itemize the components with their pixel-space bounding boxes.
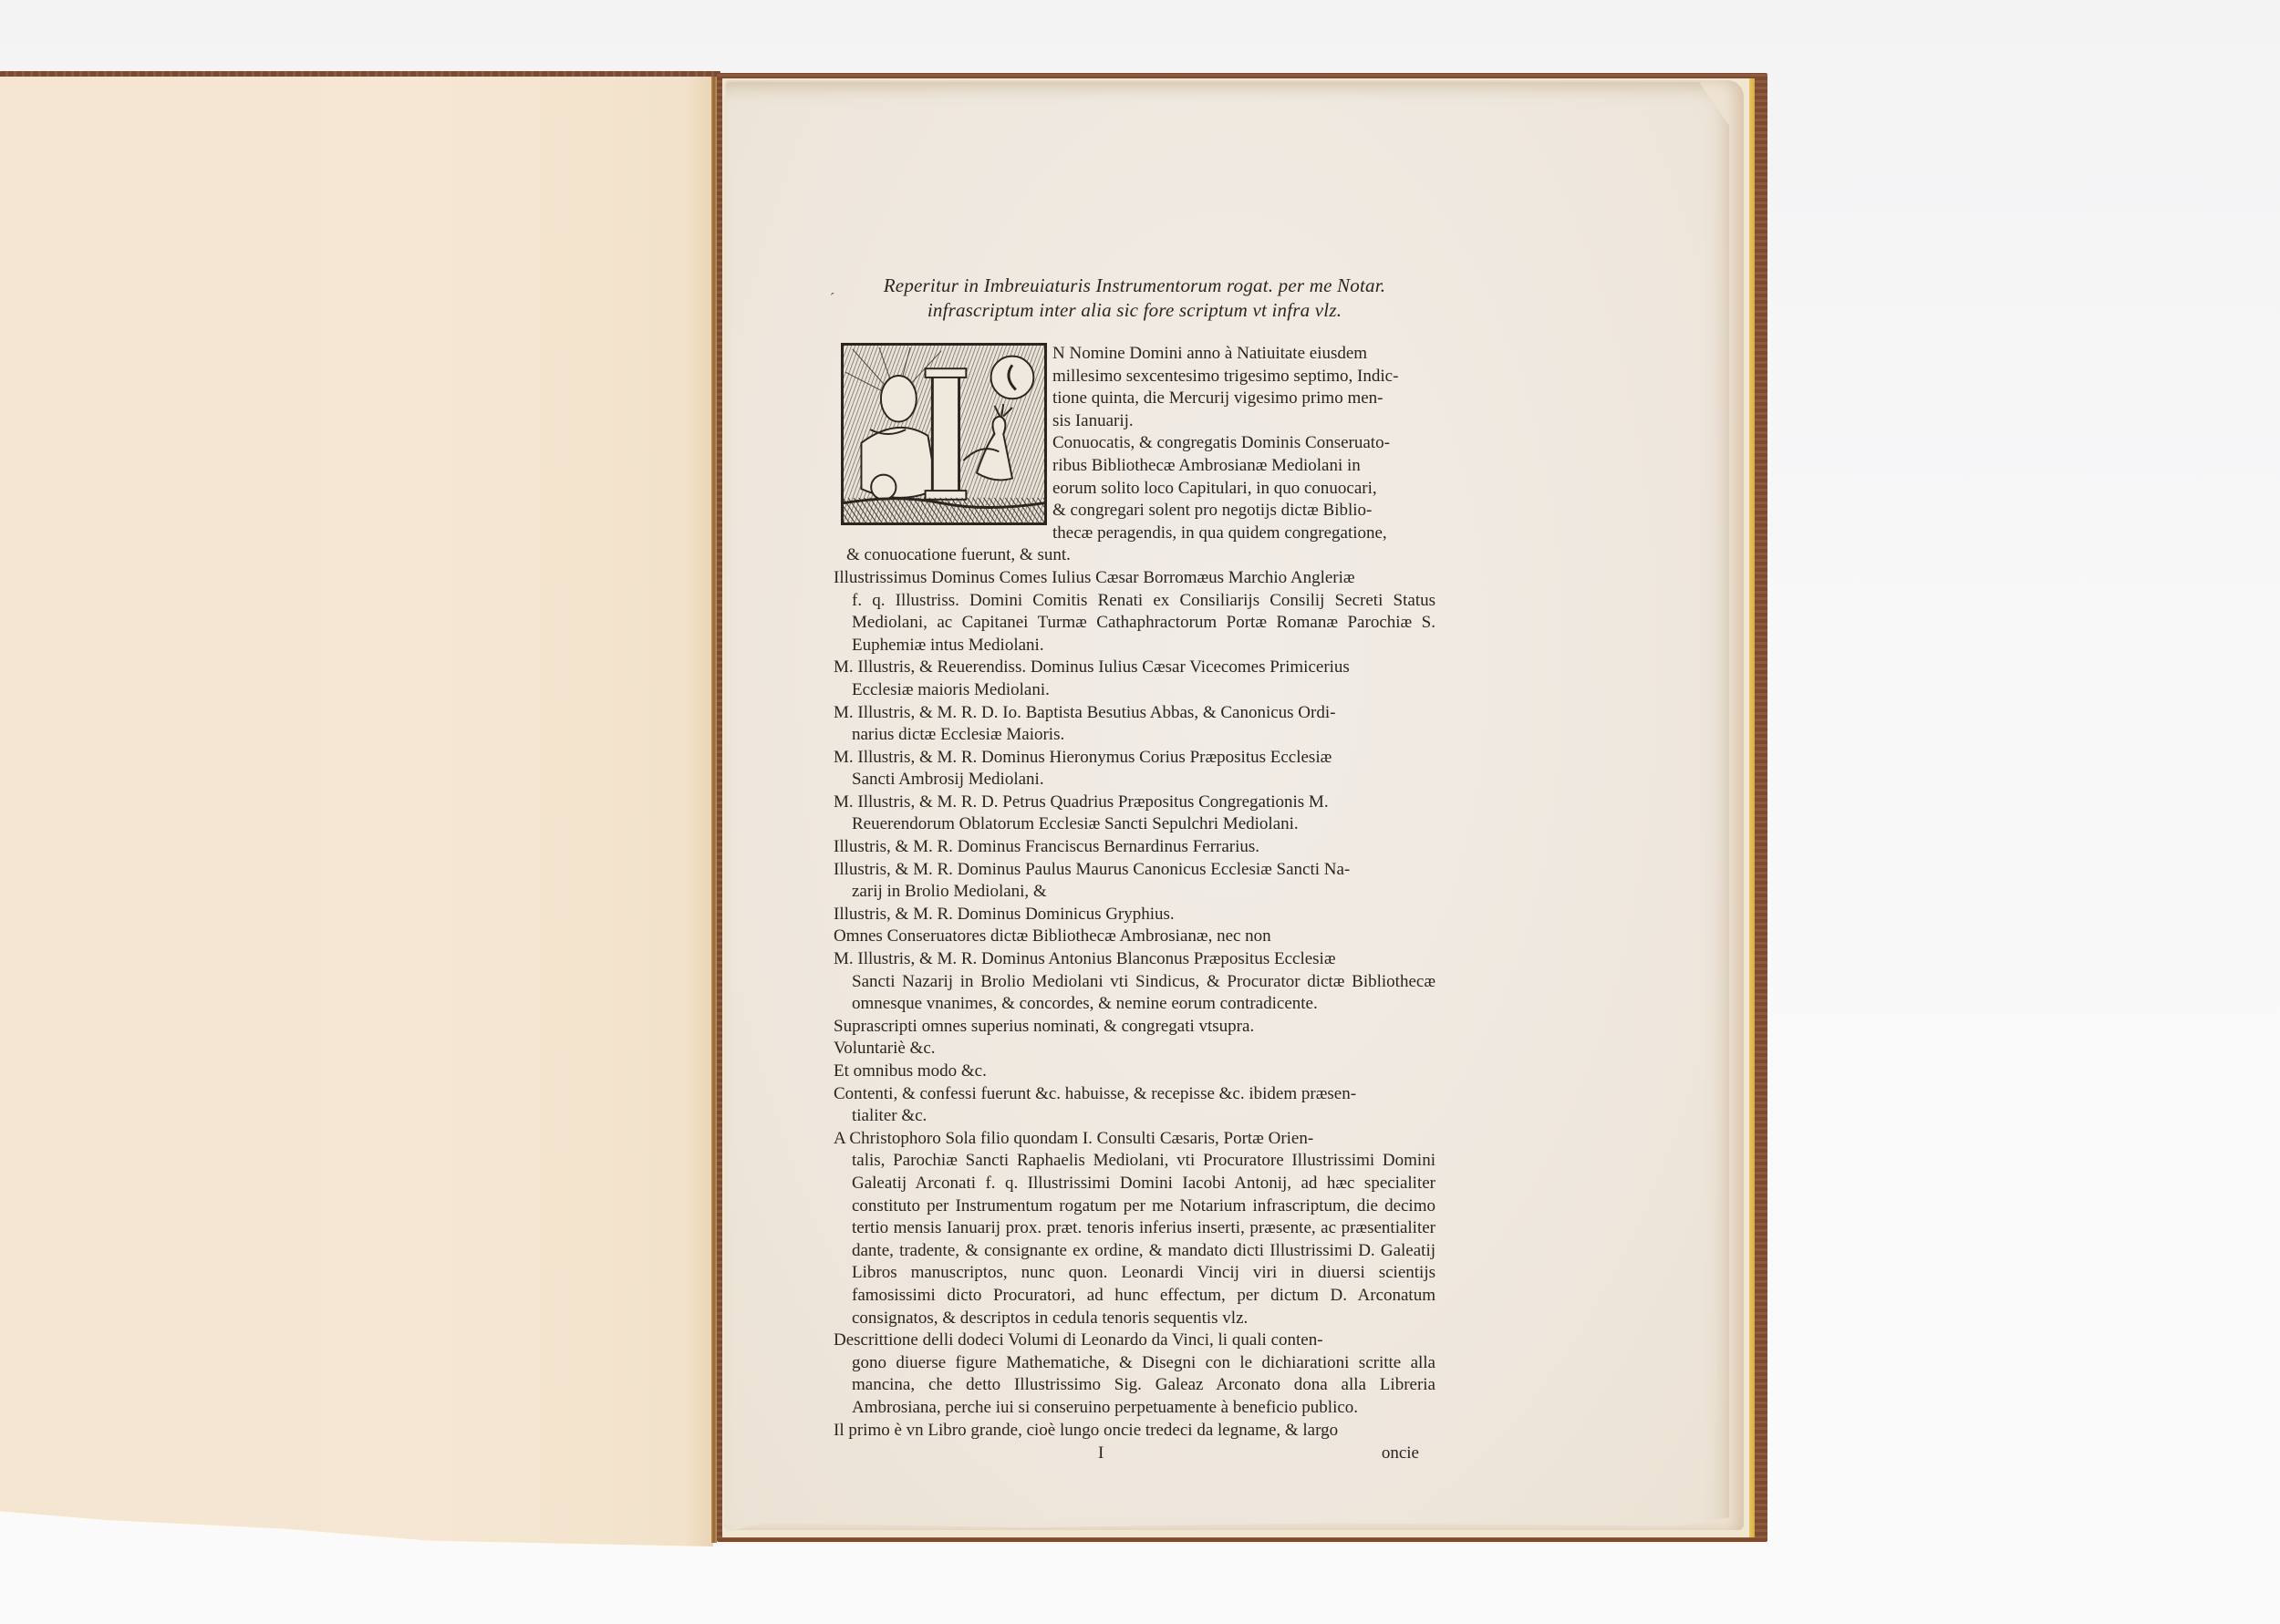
list-item: M. Illustris, & M. R. D. Petrus Quadrius… bbox=[834, 791, 1435, 836]
entry-continuation: talis, Parochiæ Sancti Raphaelis Mediola… bbox=[834, 1150, 1435, 1329]
entry-continuation: narius dictæ Ecclesiæ Maioris. bbox=[834, 724, 1435, 747]
list-item: Voluntariè &c. bbox=[834, 1038, 1435, 1060]
heading-line-2: infrascriptum inter alia sic fore script… bbox=[834, 298, 1435, 323]
entry-first-line: Et omnibus modo &c. bbox=[834, 1060, 1435, 1083]
list-item: Il primo è vn Libro grande, cioè lungo o… bbox=[834, 1420, 1435, 1443]
list-item: Contenti, & confessi fuerunt &c. habuiss… bbox=[834, 1083, 1435, 1128]
entry-continuation: Sancti Nazarij in Brolio Mediolani vti S… bbox=[834, 971, 1435, 1016]
entry-continuation: gono diuerse figure Mathematiche, & Dise… bbox=[834, 1352, 1435, 1420]
ink-mark-icon: ˏ bbox=[830, 275, 835, 300]
opening-paragraph: N Nomine Domini anno à Natiuitate eiusde… bbox=[834, 343, 1435, 567]
list-item: Illustris, & M. R. Dominus Franciscus Be… bbox=[834, 836, 1435, 859]
entry-continuation: f. q. Illustriss. Domini Comitis Renati … bbox=[834, 590, 1435, 657]
entries-list: Illustrissimus Dominus Comes Iulius Cæsa… bbox=[834, 567, 1435, 1442]
entry-continuation: Sancti Ambrosij Mediolani. bbox=[834, 769, 1435, 791]
page-footer: I oncie bbox=[834, 1443, 1435, 1467]
list-item: M. Illustris, & Reuerendiss. Dominus Iul… bbox=[834, 657, 1435, 701]
left-blank-page bbox=[0, 77, 713, 1546]
list-item: Illustris, & M. R. Dominus Paulus Maurus… bbox=[834, 859, 1435, 904]
entry-first-line: Voluntariè &c. bbox=[834, 1038, 1435, 1060]
entry-first-line: M. Illustris, & Reuerendiss. Dominus Iul… bbox=[834, 657, 1435, 679]
list-item: Descrittione delli dodeci Volumi di Leon… bbox=[834, 1329, 1435, 1419]
signature-mark: I bbox=[1098, 1443, 1104, 1464]
entry-first-line: M. Illustris, & M. R. Dominus Antonius B… bbox=[834, 948, 1435, 971]
gilt-page-edge bbox=[1749, 78, 1755, 1537]
list-item: Et omnibus modo &c. bbox=[834, 1060, 1435, 1083]
list-item: M. Illustris, & M. R. Dominus Antonius B… bbox=[834, 948, 1435, 1016]
intro-line: thecæ peragendis, in qua quidem congrega… bbox=[834, 522, 1435, 545]
entry-first-line: Illustris, & M. R. Dominus Dominicus Gry… bbox=[834, 904, 1435, 926]
entry-first-line: Illustris, & M. R. Dominus Franciscus Be… bbox=[834, 836, 1435, 859]
entry-first-line: M. Illustris, & M. R. D. Petrus Quadrius… bbox=[834, 791, 1435, 814]
list-item: Illustris, & M. R. Dominus Dominicus Gry… bbox=[834, 904, 1435, 926]
list-item: Illustrissimus Dominus Comes Iulius Cæsa… bbox=[834, 567, 1435, 657]
entry-first-line: Contenti, & confessi fuerunt &c. habuiss… bbox=[834, 1083, 1435, 1106]
entry-first-line: M. Illustris, & M. R. D. Io. Baptista Be… bbox=[834, 702, 1435, 725]
woodcut-initial-icon bbox=[841, 343, 1047, 525]
entry-first-line: Suprascripti omnes superius nominati, & … bbox=[834, 1016, 1435, 1039]
entry-first-line: Illustris, & M. R. Dominus Paulus Maurus… bbox=[834, 859, 1435, 882]
entry-first-line: Descrittione delli dodeci Volumi di Leon… bbox=[834, 1329, 1435, 1352]
page-heading: ˏ Reperitur in Imbreuiaturis Instrumento… bbox=[834, 274, 1435, 323]
catchword: oncie bbox=[1382, 1443, 1419, 1464]
list-item: Omnes Conseruatores dictæ Bibliothecæ Am… bbox=[834, 926, 1435, 948]
list-item: M. Illustris, & M. R. Dominus Hieronymus… bbox=[834, 747, 1435, 791]
list-item: Suprascripti omnes superius nominati, & … bbox=[834, 1016, 1435, 1039]
list-item: M. Illustris, & M. R. D. Io. Baptista Be… bbox=[834, 702, 1435, 747]
entry-continuation: zarij in Brolio Mediolani, & bbox=[834, 881, 1435, 904]
entry-first-line: M. Illustris, & M. R. Dominus Hieronymus… bbox=[834, 747, 1435, 770]
entry-first-line: Il primo è vn Libro grande, cioè lungo o… bbox=[834, 1420, 1435, 1443]
printed-text-block: ˏ Reperitur in Imbreuiaturis Instrumento… bbox=[834, 274, 1435, 1467]
intro-line: & conuocatione fuerunt, & sunt. bbox=[834, 544, 1435, 567]
entry-first-line: A Christophoro Sola filio quondam I. Con… bbox=[834, 1128, 1435, 1151]
heading-line-1: Reperitur in Imbreuiaturis Instrumentoru… bbox=[834, 274, 1435, 298]
entry-first-line: Illustrissimus Dominus Comes Iulius Cæsa… bbox=[834, 567, 1435, 590]
entry-continuation: Reuerendorum Oblatorum Ecclesiæ Sancti S… bbox=[834, 813, 1435, 836]
entry-first-line: Omnes Conseruatores dictæ Bibliothecæ Am… bbox=[834, 926, 1435, 948]
entry-continuation: Ecclesiæ maioris Mediolani. bbox=[834, 679, 1435, 702]
list-item: A Christophoro Sola filio quondam I. Con… bbox=[834, 1128, 1435, 1329]
entry-continuation: tialiter &c. bbox=[834, 1105, 1435, 1128]
